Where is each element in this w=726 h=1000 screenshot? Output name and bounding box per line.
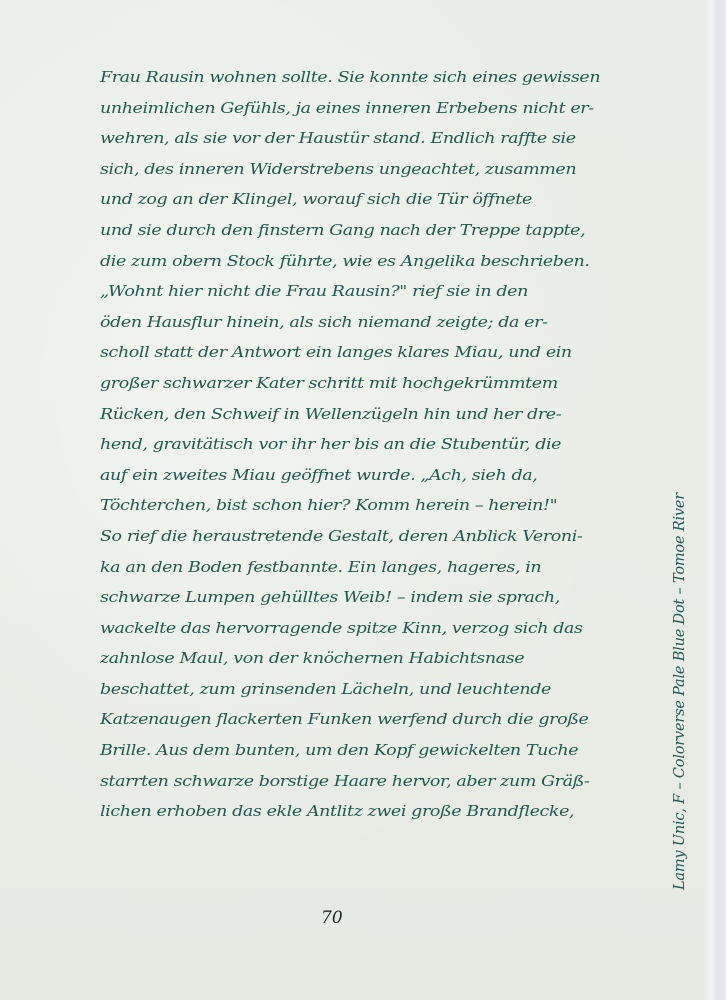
handwritten-text-block: Frau Rausin wohnen sollte. Sie konnte si…: [100, 62, 660, 827]
text-line: die zum obern Stock führte, wie es Angel…: [100, 246, 726, 277]
text-line: und zog an der Klingel, worauf sich die …: [100, 184, 726, 215]
text-line: scholl statt der Antwort ein langes klar…: [100, 337, 726, 368]
text-line: Töchterchen, bist schon hier? Komm herei…: [100, 490, 726, 521]
text-line: hend, gravitätisch vor ihr her bis an di…: [100, 429, 726, 460]
text-line: ka an den Boden festbannte. Ein langes, …: [100, 552, 726, 583]
text-line: Rücken, den Schweif in Wellenzügeln hin …: [100, 399, 726, 430]
text-line: unheimlichen Gefühls, ja eines inneren E…: [100, 93, 726, 124]
text-line: starrten schwarze borstige Haare hervor,…: [100, 766, 726, 797]
text-line: und sie durch den finstern Gang nach der…: [100, 215, 726, 246]
text-line: So rief die heraustretende Gestalt, dere…: [100, 521, 726, 552]
text-line: schwarze Lumpen gehülltes Weib! – indem …: [100, 582, 726, 613]
text-line: öden Hausflur hinein, als sich niemand z…: [100, 307, 726, 338]
page-number: 70: [321, 908, 343, 928]
text-line: Brille. Aus dem bunten, um den Kopf gewi…: [100, 735, 726, 766]
text-line: großer schwarzer Kater schritt mit hochg…: [100, 368, 726, 399]
text-line: wackelte das hervorragende spitze Kinn, …: [100, 613, 726, 644]
text-line: Katzenaugen flackerten Funken werfend du…: [100, 704, 726, 735]
text-line: beschattet, zum grinsenden Lächeln, und …: [100, 674, 726, 705]
text-line: lichen erhoben das ekle Antlitz zwei gro…: [100, 796, 726, 827]
text-line: auf ein zweites Miau geöffnet wurde. „Ac…: [100, 460, 726, 491]
text-line: wehren, als sie vor der Haustür stand. E…: [100, 123, 726, 154]
text-line: Frau Rausin wohnen sollte. Sie konnte si…: [100, 62, 726, 93]
text-line: zahnlose Maul, von der knöchernen Habich…: [100, 643, 726, 674]
margin-note-pen-ink-paper: Lamy Unic, F – Colorverse Pale Blue Dot …: [672, 330, 688, 890]
text-line: sich, des inneren Widerstrebens ungeacht…: [100, 154, 726, 185]
text-line: „Wohnt hier nicht die Frau Rausin?" rief…: [100, 276, 726, 307]
